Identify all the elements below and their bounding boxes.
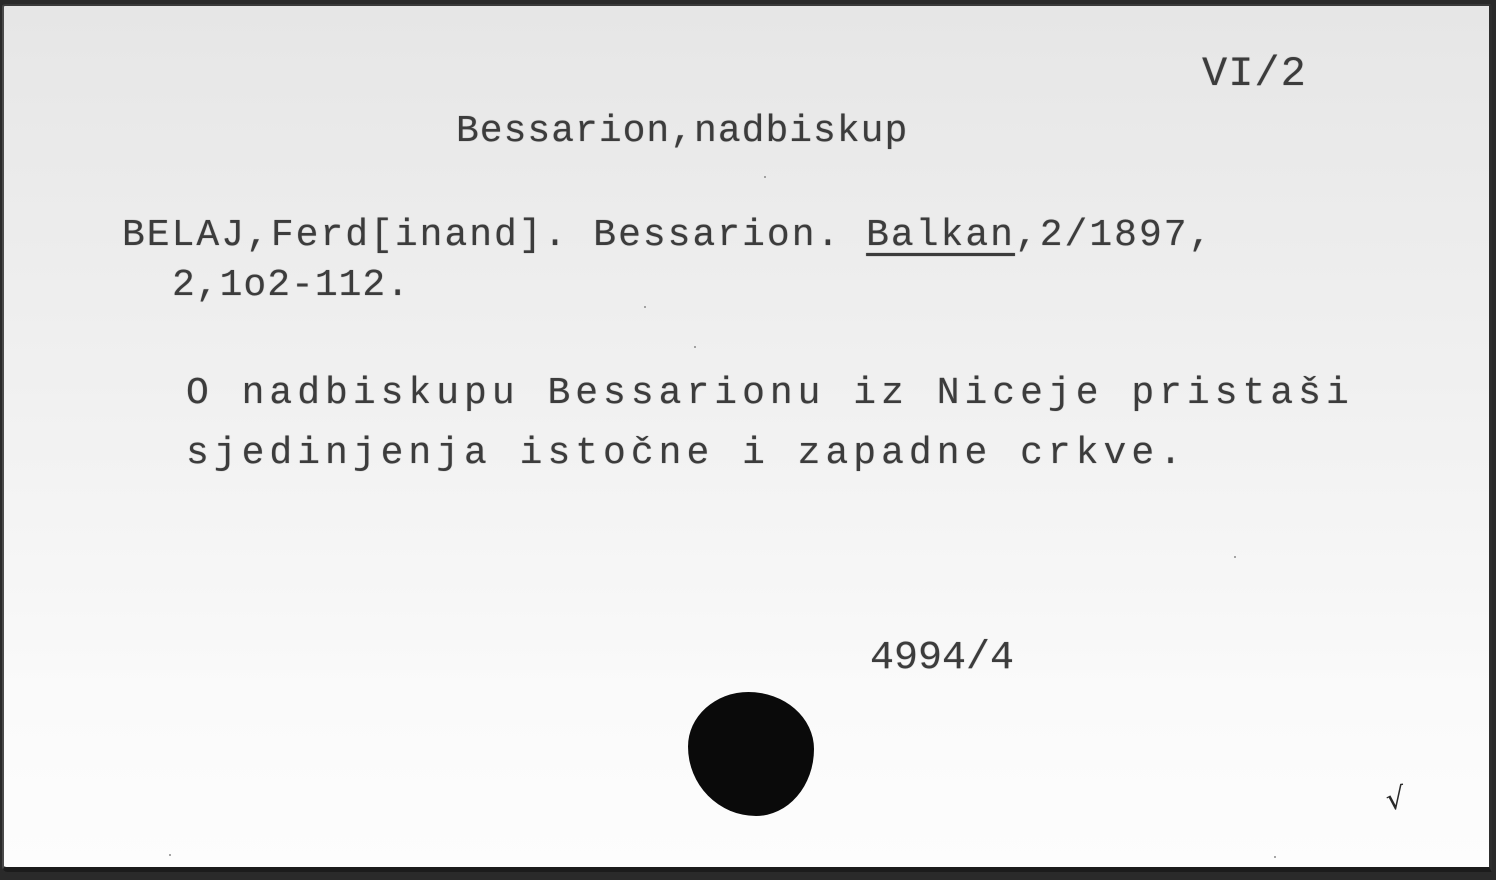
paper-speck [764, 176, 766, 178]
paper-speck [1274, 856, 1276, 858]
accession-number: 4994/4 [870, 636, 1014, 681]
paper-speck [644, 306, 646, 308]
check-mark-icon: √ [1384, 781, 1408, 818]
call-number: VI/2 [1202, 50, 1307, 98]
catalog-card: VI/2 Bessarion,nadbiskup BELAJ,Ferd[inan… [2, 4, 1492, 872]
annotation-line-2: sjedinjenja istočne i zapadne crkve. [186, 432, 1187, 475]
paper-speck [169, 854, 171, 856]
paper-speck [694, 346, 696, 348]
annotation-line-1: O nadbiskupu Bessarionu iz Niceje prista… [186, 372, 1354, 415]
citation-pages: 2,1o2-112. [172, 264, 410, 307]
citation-line: BELAJ,Ferd[inand]. Bessarion. Balkan,2/1… [122, 214, 1213, 257]
subject-heading: Bessarion,nadbiskup [456, 110, 908, 153]
paper-speck [1234, 556, 1236, 558]
citation-author: BELAJ,Ferd[inand]. [122, 214, 568, 257]
citation-title: Bessarion. [568, 214, 866, 257]
punch-hole-icon [688, 692, 814, 816]
citation-volume-year: ,2/1897, [1015, 214, 1213, 257]
citation-journal: Balkan [866, 214, 1015, 257]
